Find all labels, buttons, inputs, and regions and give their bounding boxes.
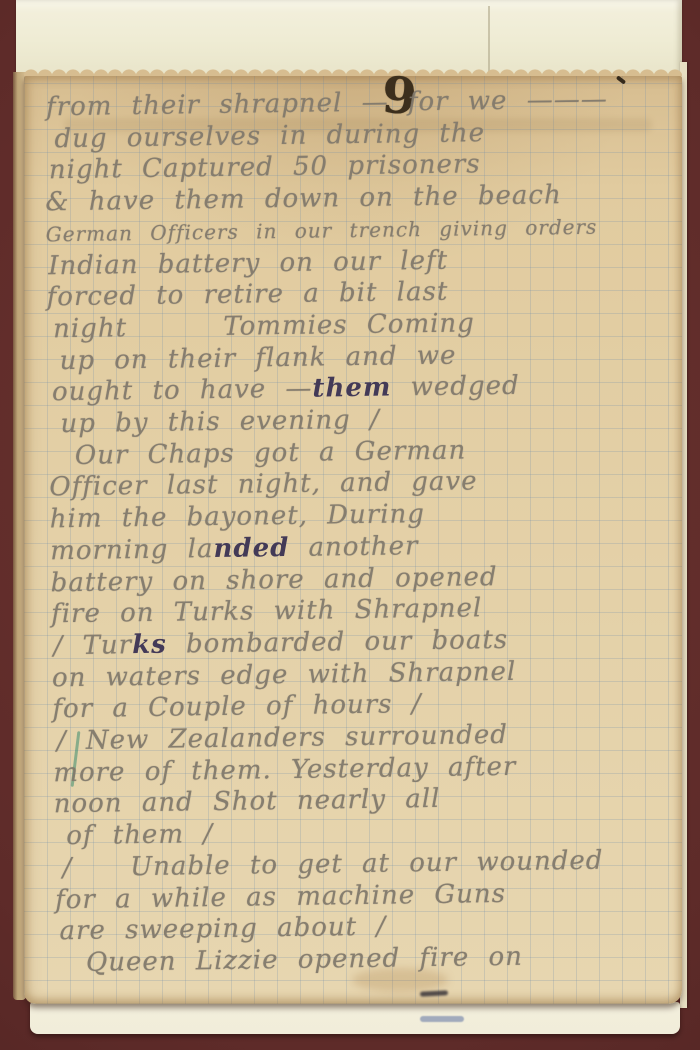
pencil-text: Our Chaps got a German [75, 435, 467, 470]
pencil-text: another [289, 531, 419, 563]
pencil-text: morning la [50, 534, 214, 566]
pencil-text: Officer last night, and gave [49, 467, 478, 503]
pencil-text: more of them. Yesterday after [53, 752, 516, 788]
diary-photo: 9 from their shrapnel — for we ———dug ou… [0, 0, 700, 1050]
pencil-text: him the bayonet, During [50, 499, 426, 534]
ink-correction-text: nded [213, 533, 289, 564]
pencil-text: forced to retire a bit last [46, 277, 448, 313]
ink-smear [420, 990, 448, 996]
pencil-text: up on their flank and we [59, 340, 456, 376]
pencil-text: & have them down on the beach [45, 180, 562, 217]
pencil-text: German Officers in our trench giving ord… [46, 214, 598, 246]
pencil-text: wedged [391, 371, 520, 403]
diary-page: 9 from their shrapnel — for we ———dug ou… [24, 76, 682, 1004]
pencil-text: for a Couple of hours / [52, 690, 422, 725]
pencil-text: up by this evening / [60, 405, 380, 439]
pencil-text: battery on shore and opened [50, 562, 497, 598]
page-crease [488, 6, 490, 72]
pencil-text: / Tur [53, 630, 132, 661]
ink-correction-text: them [312, 373, 391, 404]
pencil-text: night Captured 50 prisoners [49, 150, 481, 186]
pencil-text: noon and Shot nearly all [54, 784, 441, 819]
pencil-text: bombarded our boats [167, 625, 509, 660]
perforated-top-edge [24, 66, 682, 76]
pencil-text: Indian battery on our left [48, 245, 448, 281]
pencil-text: of them / [66, 819, 213, 851]
pencil-text: from their shrapnel — for we ——— [46, 84, 608, 122]
pencil-text: Queen Lizzie opened fire on [86, 942, 523, 978]
pencil-text: fire on Turks with Shrapnel [51, 594, 483, 630]
blue-ink-smudge [420, 1016, 464, 1022]
pencil-text: / Unable to get at our wounded [62, 845, 603, 883]
pencil-text: are sweeping about / [59, 912, 386, 947]
ink-correction-text: ks [132, 630, 167, 660]
pencil-text: for a while as machine Guns [55, 879, 506, 915]
pencil-text: dug ourselves in during the [54, 118, 485, 154]
pencil-text: ought to have — [52, 374, 313, 408]
pencil-text: / New Zealanders surrounded [57, 720, 508, 756]
handwriting-lines: from their shrapnel — for we ———dug ours… [44, 84, 674, 980]
pencil-text: on waters edge with Shrapnel [52, 656, 517, 692]
pencil-text: night Tommies Coming [53, 308, 475, 344]
stacked-pages-bottom [30, 1002, 680, 1034]
